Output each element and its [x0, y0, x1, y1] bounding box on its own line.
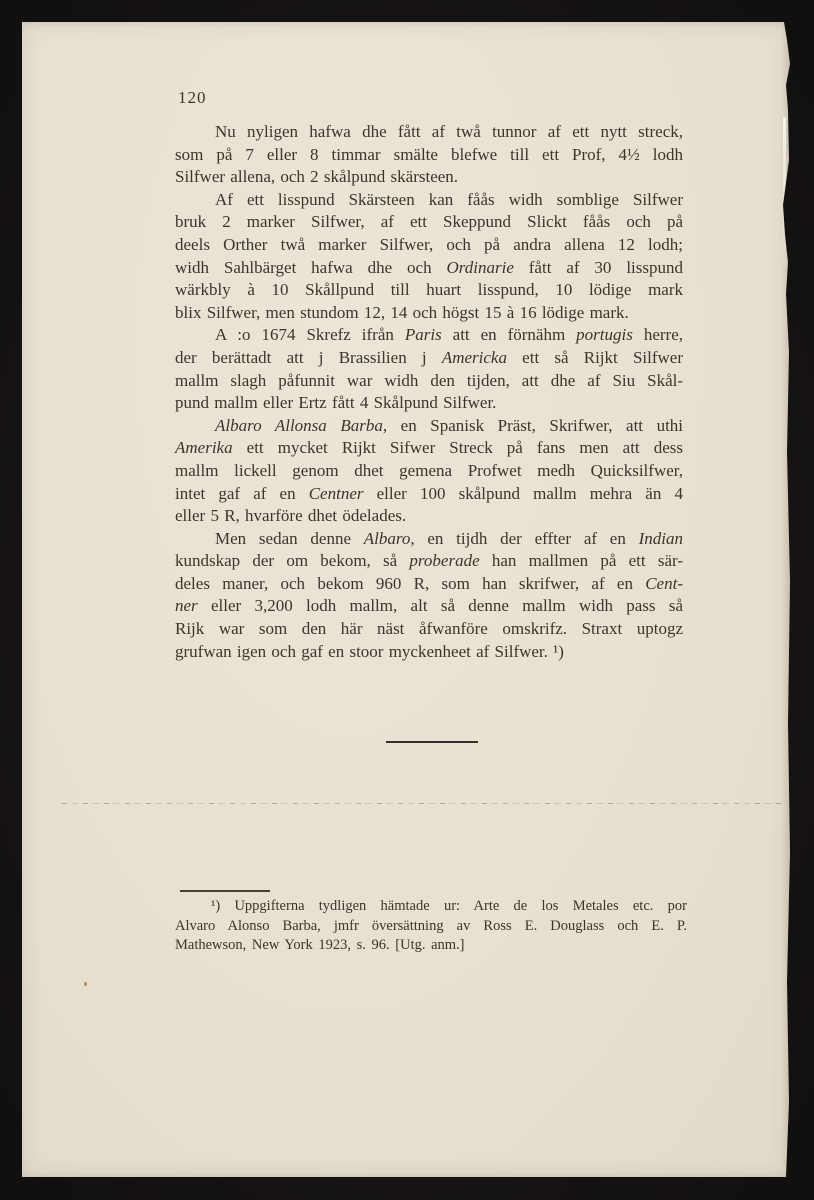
body-text-line: mallm lickell genom dhet gemena Profwet …: [175, 460, 683, 483]
footnote-line: ¹) Uppgifterna tydligen hämtade ur: Arte…: [175, 897, 687, 917]
page-number: 120: [178, 88, 207, 108]
body-text-line: deles maner, och bekom 960 R, som han sk…: [175, 573, 683, 596]
body-text: Nu nyligen hafwa dhe fått af twå tunnor …: [175, 121, 683, 663]
body-text-line: grufwan igen och gaf en stoor myckenheet…: [175, 641, 683, 664]
body-text-line: pund mallm eller Ertz fått 4 Skålpund Si…: [175, 392, 683, 415]
scan-background: 120 Nu nyligen hafwa dhe fått af twå tun…: [0, 0, 814, 1200]
scanned-page: 120 Nu nyligen hafwa dhe fått af twå tun…: [22, 22, 790, 1177]
body-text-line: widh Sahlbärget hafwa dhe och Ordinarie …: [175, 257, 683, 280]
paper-speck: [84, 982, 87, 986]
body-text-line: Amerika ett mycket Rijkt Sifwer Streck p…: [175, 437, 683, 460]
body-text-line: Men sedan denne Albaro, en tijdh der eff…: [175, 528, 683, 551]
body-text-line: Nu nyligen hafwa dhe fått af twå tunnor …: [175, 121, 683, 144]
body-text-line: wärkbly à 10 Skållpund till huart lisspu…: [175, 279, 683, 302]
torn-edge-highlight: [783, 117, 786, 267]
body-text-line: Silfwer allena, och 2 skålpund skärsteen…: [175, 166, 683, 189]
body-text-line: blix Silfwer, men stundom 12, 14 och hög…: [175, 302, 683, 325]
body-text-line: mallm slagh påfunnit war widh den tijden…: [175, 370, 683, 393]
body-text-line: kundskap der om bekom, så proberade han …: [175, 550, 683, 573]
body-text-line: ner eller 3,200 lodh mallm, alt så denne…: [175, 595, 683, 618]
body-text-line: eller 5 R, hvarföre dhet ödelades.: [175, 505, 683, 528]
body-text-line: deels Orther twå marker Silfwer, och på …: [175, 234, 683, 257]
body-text-line: A :o 1674 Skrefz ifrån Paris att en förn…: [175, 324, 683, 347]
body-text-line: Rijk war som den här näst åfwanföre omsk…: [175, 618, 683, 641]
body-text-line: Af ett lisspund Skärsteen kan fåås widh …: [175, 189, 683, 212]
body-text-line: der berättadt att j Brassilien j Americk…: [175, 347, 683, 370]
footnote: ¹) Uppgifterna tydligen hämtade ur: Arte…: [175, 897, 687, 956]
paper-crease-line: [62, 803, 782, 804]
body-text-line: bruk 2 marker Silfwer, af ett Skeppund S…: [175, 211, 683, 234]
footnote-line: Mathewson, New York 1923, s. 96. [Utg. a…: [175, 936, 687, 956]
section-divider-rule: [386, 741, 478, 743]
footnote-separator-rule: [180, 890, 270, 892]
body-text-line: Albaro Allonsa Barba, en Spanisk Präst, …: [175, 415, 683, 438]
body-text-line: som på 7 eller 8 timmar smälte blefwe ti…: [175, 144, 683, 167]
footnote-line: Alvaro Alonso Barba, jmfr översättning a…: [175, 917, 687, 937]
body-text-line: intet gaf af en Centner eller 100 skålpu…: [175, 483, 683, 506]
